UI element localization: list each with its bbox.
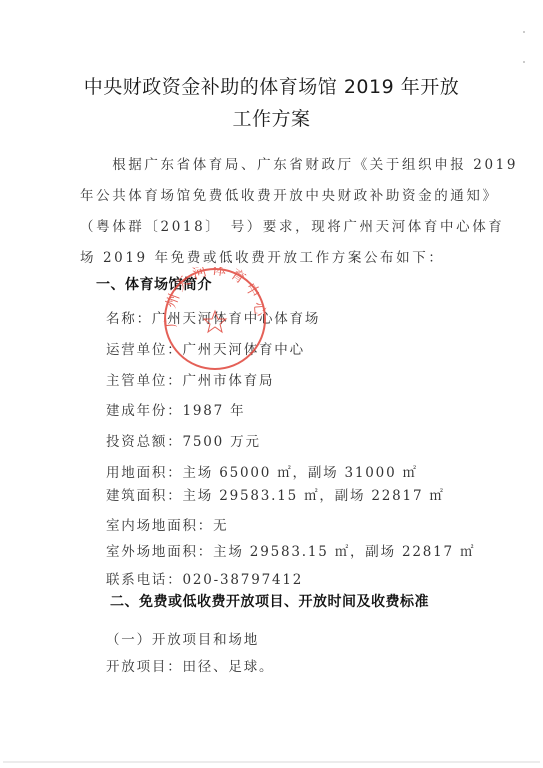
open-items-value: 田径、足球。 xyxy=(183,659,275,675)
open-items-label: 开放项目： xyxy=(106,659,183,675)
field-label: 建成年份： xyxy=(106,403,183,419)
field-value: 广州天河体育中心 xyxy=(183,342,305,358)
field-label: 室内场地面积： xyxy=(106,518,213,534)
section1-heading: 一、体育场馆简介 xyxy=(96,274,212,294)
field-building-area: 建筑面积：主场 29583.15 ㎡，副场 22817 ㎡ xyxy=(106,484,445,504)
field-year-built: 建成年份：1987 年 xyxy=(106,399,245,419)
document-page: 中央财政资金补助的体育场馆 2019 年开放 工作方案 根据广东省体育局、广东省… xyxy=(0,0,543,768)
field-value: 020-38797412 xyxy=(183,572,304,588)
field-label: 主管单位： xyxy=(106,373,183,389)
document-title-line2: 工作方案 xyxy=(0,104,543,131)
field-outdoor-area: 室外场地面积：主场 29583.15 ㎡，副场 22817 ㎡ xyxy=(106,540,475,560)
field-investment: 投资总额：7500 万元 xyxy=(106,430,261,450)
field-label: 运营单位： xyxy=(106,342,183,358)
field-label: 用地面积： xyxy=(106,465,183,481)
field-name: 名称：广州天河体育中心体育场 xyxy=(106,307,320,327)
intro-line: （粤体群〔2018〕 号）要求，现将广州天河体育中心体育 xyxy=(80,212,460,243)
field-value: 7500 万元 xyxy=(183,434,261,450)
intro-line: 根据广东省体育局、广东省财政厅《关于组织申报 2019 xyxy=(80,150,460,181)
field-operator: 运营单位：广州天河体育中心 xyxy=(106,338,305,358)
field-label: 投资总额： xyxy=(106,434,183,450)
field-indoor-area: 室内场地面积：无 xyxy=(106,514,228,534)
field-label: 联系电话： xyxy=(106,572,183,588)
scan-speck xyxy=(523,61,525,63)
intro-line: 年公共体育场馆免费低收费开放中央财政补助资金的通知》 xyxy=(80,181,460,212)
field-phone: 联系电话：020-38797412 xyxy=(106,568,303,588)
field-value: 主场 29583.15 ㎡，副场 22817 ㎡ xyxy=(213,544,475,560)
field-value: 广州市体育局 xyxy=(183,373,275,389)
document-title-line1: 中央财政资金补助的体育场馆 2019 年开放 xyxy=(0,72,543,99)
field-value: 主场 65000 ㎡，副场 31000 ㎡ xyxy=(183,465,418,481)
open-items: 开放项目：田径、足球。 xyxy=(106,655,274,675)
intro-line: 场 2019 年免费或低收费开放工作方案公布如下： xyxy=(80,243,460,274)
scan-edge-line xyxy=(3,761,540,763)
field-value: 广州天河体育中心体育场 xyxy=(152,311,320,327)
field-value: 无 xyxy=(213,518,228,534)
field-land-area: 用地面积：主场 65000 ㎡，副场 31000 ㎡ xyxy=(106,461,418,481)
scan-speck xyxy=(523,31,525,33)
field-value: 1987 年 xyxy=(183,403,246,419)
field-label: 名称： xyxy=(106,311,152,327)
field-supervisor: 主管单位：广州市体育局 xyxy=(106,369,274,389)
section2-heading: 二、免费或低收费开放项目、开放时间及收费标准 xyxy=(110,591,429,611)
section2-subheading: （一）开放项目和场地 xyxy=(106,628,259,648)
intro-paragraph: 根据广东省体育局、广东省财政厅《关于组织申报 2019 年公共体育场馆免费低收费… xyxy=(80,150,460,274)
field-value: 主场 29583.15 ㎡，副场 22817 ㎡ xyxy=(183,488,445,504)
field-label: 室外场地面积： xyxy=(106,544,213,560)
field-label: 建筑面积： xyxy=(106,488,183,504)
